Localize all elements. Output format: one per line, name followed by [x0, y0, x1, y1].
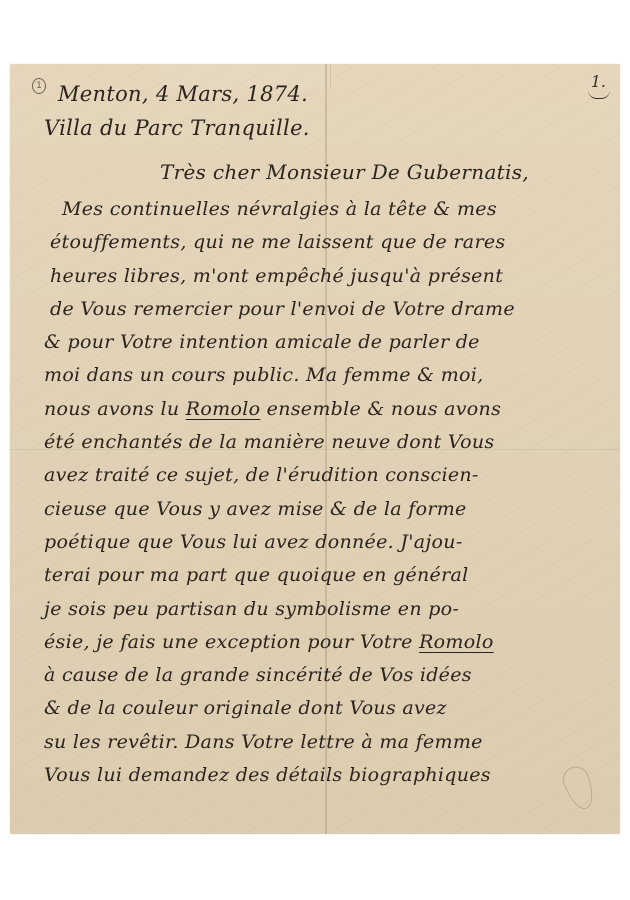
letter-page: 1 1. Menton, 4 Mars, 1874. Villa du Parc…	[10, 64, 620, 834]
ink-flourish	[559, 763, 598, 813]
body-line: avez traité ce sujet, de l'érudition con…	[44, 464, 479, 486]
place-date: Menton, 4 Mars, 1874.	[58, 82, 308, 106]
body-line: cieuse que Vous y avez mise & de la form…	[44, 498, 467, 520]
underlined-title: Romolo	[419, 631, 494, 653]
body-line: été enchantés de la manière neuve dont V…	[44, 431, 494, 453]
page-number: 1.	[591, 72, 606, 91]
body-line: Vous lui demandez des détails biographiq…	[44, 764, 491, 786]
body-line: étouffements, qui ne me laissent que de …	[50, 231, 505, 253]
body-line: terai pour ma part que quoique en généra…	[44, 564, 468, 586]
body-line: moi dans un cours public. Ma femme & moi…	[44, 364, 483, 386]
underlined-title: Romolo	[186, 398, 261, 420]
body-line: heures libres, m'ont empêché jusqu'à pré…	[50, 265, 503, 287]
body-line: poétique que Vous lui avez donnée. J'ajo…	[44, 531, 463, 553]
body-line: & de la couleur originale dont Vous avez	[44, 697, 447, 719]
address: Villa du Parc Tranquille.	[44, 116, 310, 140]
body-line: je sois peu partisan du symbolisme en po…	[44, 598, 459, 620]
archive-number-marking: 1	[32, 78, 46, 94]
body-line: & pour Votre intention amicale de parler…	[44, 331, 480, 353]
salutation: Très cher Monsieur De Gubernatis,	[160, 160, 529, 184]
body-line: nous avons lu Romolo ensemble & nous avo…	[44, 398, 501, 420]
body-line: ésie, je fais une exception pour Votre R…	[44, 631, 494, 653]
body-line: Mes continuelles névralgies à la tête & …	[62, 198, 497, 220]
body-line: à cause de la grande sincérité de Vos id…	[44, 664, 472, 686]
body-line: de Vous remercier pour l'envoi de Votre …	[50, 298, 515, 320]
page-number-flourish	[588, 90, 610, 99]
body-line: su les revêtir. Dans Votre lettre à ma f…	[44, 731, 483, 753]
